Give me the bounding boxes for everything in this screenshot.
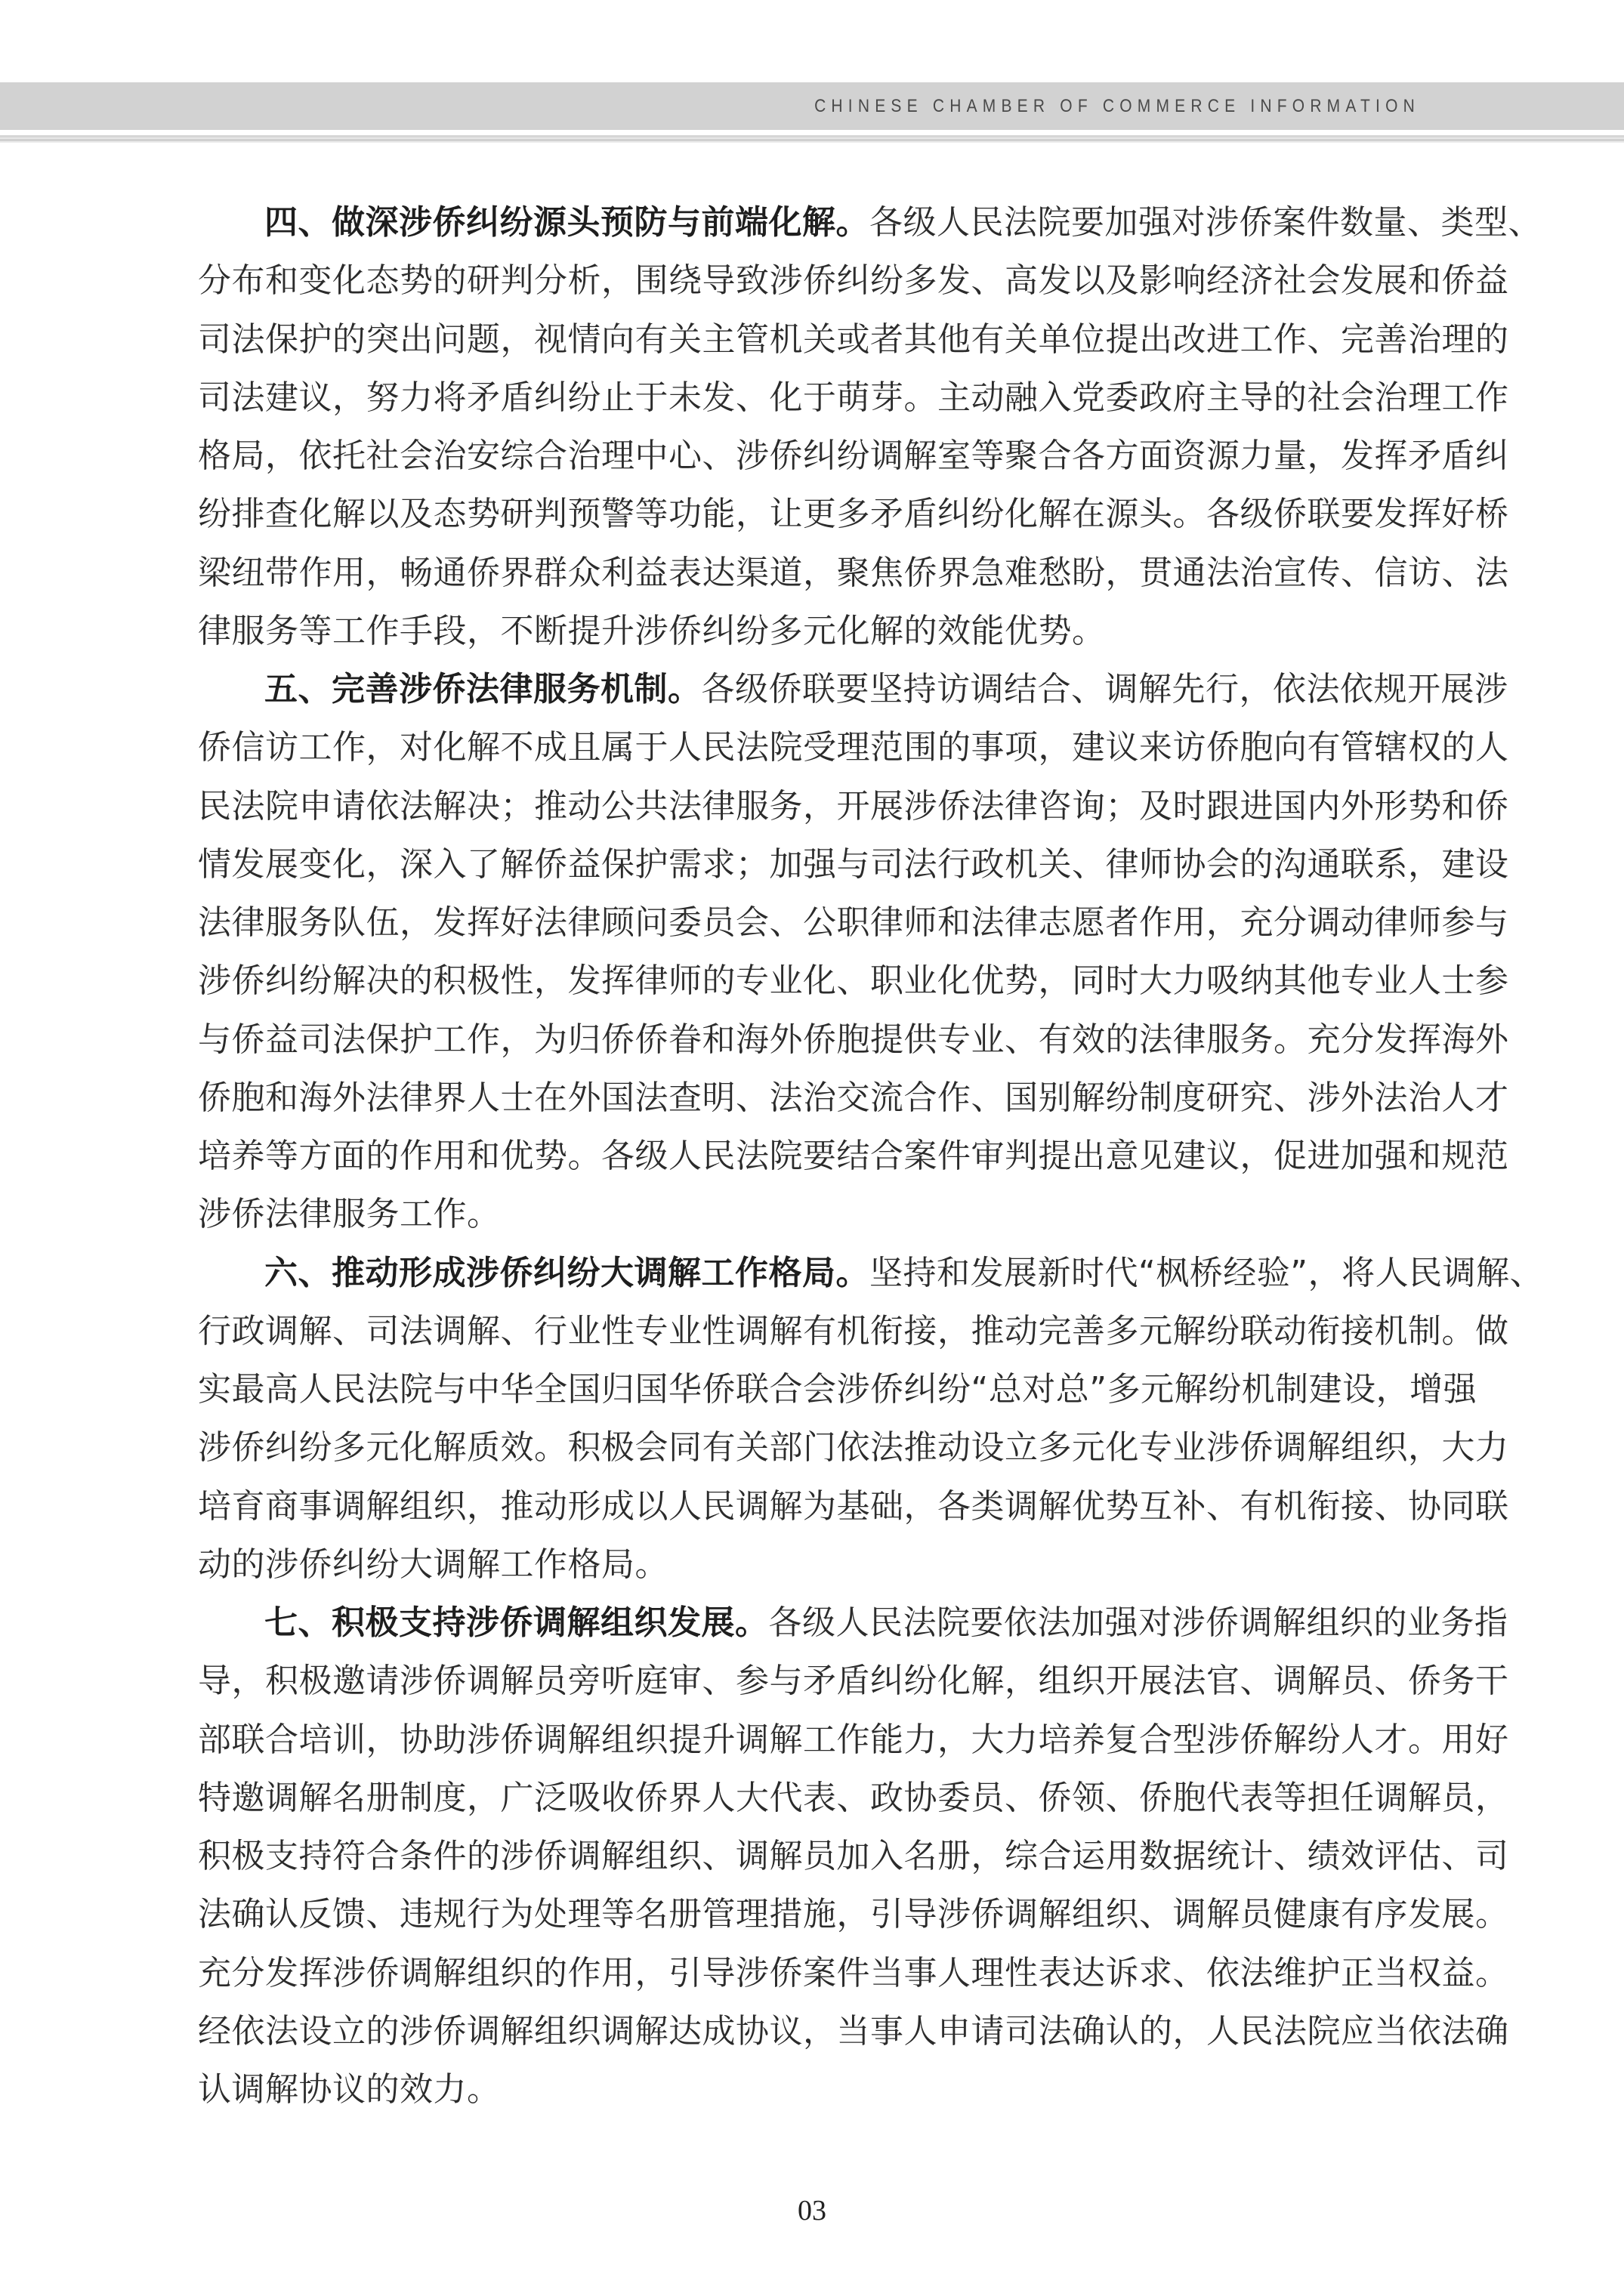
body-line: 分布和变化态势的研判分析，围绕导致涉侨纠纷多发、高发以及影响经济社会发展和侨益 [198,252,1437,310]
body-line: 司法建议，努力将矛盾纠纷止于未发、化于萌芽。主动融入党委政府主导的社会治理工作 [198,369,1437,427]
section-heading: 五、完善涉侨法律服务机制。 [264,670,702,708]
article-body: 四、做深涉侨纠纷源头预防与前端化解。各级人民法院要加强对涉侨案件数量、类型、 分… [198,193,1437,2119]
body-line: 导，积极邀请涉侨调解员旁听庭审、参与矛盾纠纷化解，组织开展法官、调解员、侨务干 [198,1652,1437,1710]
body-line: 积极支持符合条件的涉侨调解组织、调解员加入名册，综合运用数据统计、绩效评估、司 [198,1827,1437,1885]
section-7: 七、积极支持涉侨调解组织发展。各级人民法院要依法加强对涉侨调解组织的业务指 导，… [198,1594,1437,2119]
body-line: 部联合培训，协助涉侨调解组织提升调解工作能力，大力培养复合型涉侨解纷人才。用好 [198,1711,1437,1769]
body-line: 动的涉侨纠纷大调解工作格局。 [198,1535,1437,1594]
body-line: 司法保护的突出问题，视情向有关主管机关或者其他有关单位提出改进工作、完善治理的 [198,310,1437,369]
body-line: 梁纽带作用，畅通侨界群众利益表达渠道，聚焦侨界急难愁盼，贯通法治宣传、信访、法 [198,544,1437,602]
section-heading: 四、做深涉侨纠纷源头预防与前端化解。 [264,203,869,242]
body-line: 涉侨纠纷解决的积极性，发挥律师的专业化、职业化优势，同时大力吸纳其他专业人士参 [198,952,1437,1010]
section-heading: 六、推动形成涉侨纠纷大调解工作格局。 [264,1254,869,1292]
section-5: 五、完善涉侨法律服务机制。各级侨联要坚持访调结合、调解先行，依法依规开展涉 侨信… [198,660,1437,1244]
page-number: 03 [0,2194,1624,2227]
publication-name: CHINESE CHAMBER OF COMMERCE INFORMATION [814,79,1420,133]
body-line: 涉侨法律服务工作。 [198,1185,1437,1243]
body-line: 律服务等工作手段，不断提升涉侨纠纷多元化解的效能优势。 [198,602,1437,660]
body-line: 特邀调解名册制度，广泛吸收侨界人大代表、政协委员、侨领、侨胞代表等担任调解员， [198,1769,1437,1827]
body-line: 侨胞和海外法律界人士在外国法查明、法治交流合作、国别解纷制度研究、涉外法治人才 [198,1069,1437,1127]
header-divider [0,135,1624,143]
body-line: 涉侨纠纷多元化解质效。积极会同有关部门依法推动设立多元化专业涉侨调解组织，大力 [198,1418,1437,1477]
body-line: 认调解协议的效力。 [198,2060,1437,2119]
body-line: 法律服务队伍，发挥好法律顾问委员会、公职律师和法律志愿者作用，充分调动律师参与 [198,893,1437,952]
body-text: 各级人民法院要加强对涉侨案件数量、类型、 [869,203,1542,242]
section-4: 四、做深涉侨纠纷源头预防与前端化解。各级人民法院要加强对涉侨案件数量、类型、 分… [198,193,1437,660]
body-line: 充分发挥涉侨调解组织的作用，引导涉侨案件当事人理性表达诉求、依法维护正当权益。 [198,1944,1437,2002]
body-line: 格局，依托社会治安综合治理中心、涉侨纠纷调解室等聚合各方面资源力量，发挥矛盾纠 [198,427,1437,485]
paragraph-first-line: 五、完善涉侨法律服务机制。各级侨联要坚持访调结合、调解先行，依法依规开展涉 [198,660,1437,718]
body-text: 各级人民法院要依法加强对涉侨调解组织的业务指 [769,1603,1508,1642]
body-line: 侨信访工作，对化解不成且属于人民法院受理范围的事项，建议来访侨胞向有管辖权的人 [198,718,1437,776]
paragraph-first-line: 四、做深涉侨纠纷源头预防与前端化解。各级人民法院要加强对涉侨案件数量、类型、 [198,193,1437,252]
running-header: CHINESE CHAMBER OF COMMERCE INFORMATION [0,82,1624,130]
body-text: 各级侨联要坚持访调结合、调解先行，依法依规开展涉 [702,670,1508,708]
body-line: 行政调解、司法调解、行业性专业性调解有机衔接，推动完善多元解纷联动衔接机制。做 [198,1302,1437,1360]
section-6: 六、推动形成涉侨纠纷大调解工作格局。坚持和发展新时代“枫桥经验”，将人民调解、 … [198,1244,1437,1594]
body-text: 坚持和发展新时代“枫桥经验”，将人民调解、 [869,1254,1543,1292]
body-line: 培养等方面的作用和优势。各级人民法院要结合案件审判提出意见建议，促进加强和规范 [198,1127,1437,1185]
body-line: 民法院申请依法解决；推动公共法律服务，开展涉侨法律咨询；及时跟进国内外形势和侨 [198,777,1437,835]
paragraph-first-line: 六、推动形成涉侨纠纷大调解工作格局。坚持和发展新时代“枫桥经验”，将人民调解、 [198,1244,1437,1302]
body-line: 法确认反馈、违规行为处理等名册管理措施，引导涉侨调解组织、调解员健康有序发展。 [198,1885,1437,1943]
section-heading: 七、积极支持涉侨调解组织发展。 [264,1603,769,1642]
body-line: 培育商事调解组织，推动形成以人民调解为基础，各类调解优势互补、有机衔接、协同联 [198,1477,1437,1535]
body-line: 纷排查化解以及态势研判预警等功能，让更多矛盾纠纷化解在源头。各级侨联要发挥好桥 [198,485,1437,543]
body-line: 情发展变化，深入了解侨益保护需求；加强与司法行政机关、律师协会的沟通联系，建设 [198,835,1437,893]
body-line: 与侨益司法保护工作，为归侨侨眷和海外侨胞提供专业、有效的法律服务。充分发挥海外 [198,1011,1437,1069]
body-line: 经依法设立的涉侨调解组织调解达成协议，当事人申请司法确认的，人民法院应当依法确 [198,2002,1437,2060]
body-line: 实最高人民法院与中华全国归国华侨联合会涉侨纠纷“总对总”多元解纷机制建设，增强 [198,1360,1437,1418]
paragraph-first-line: 七、积极支持涉侨调解组织发展。各级人民法院要依法加强对涉侨调解组织的业务指 [198,1594,1437,1652]
